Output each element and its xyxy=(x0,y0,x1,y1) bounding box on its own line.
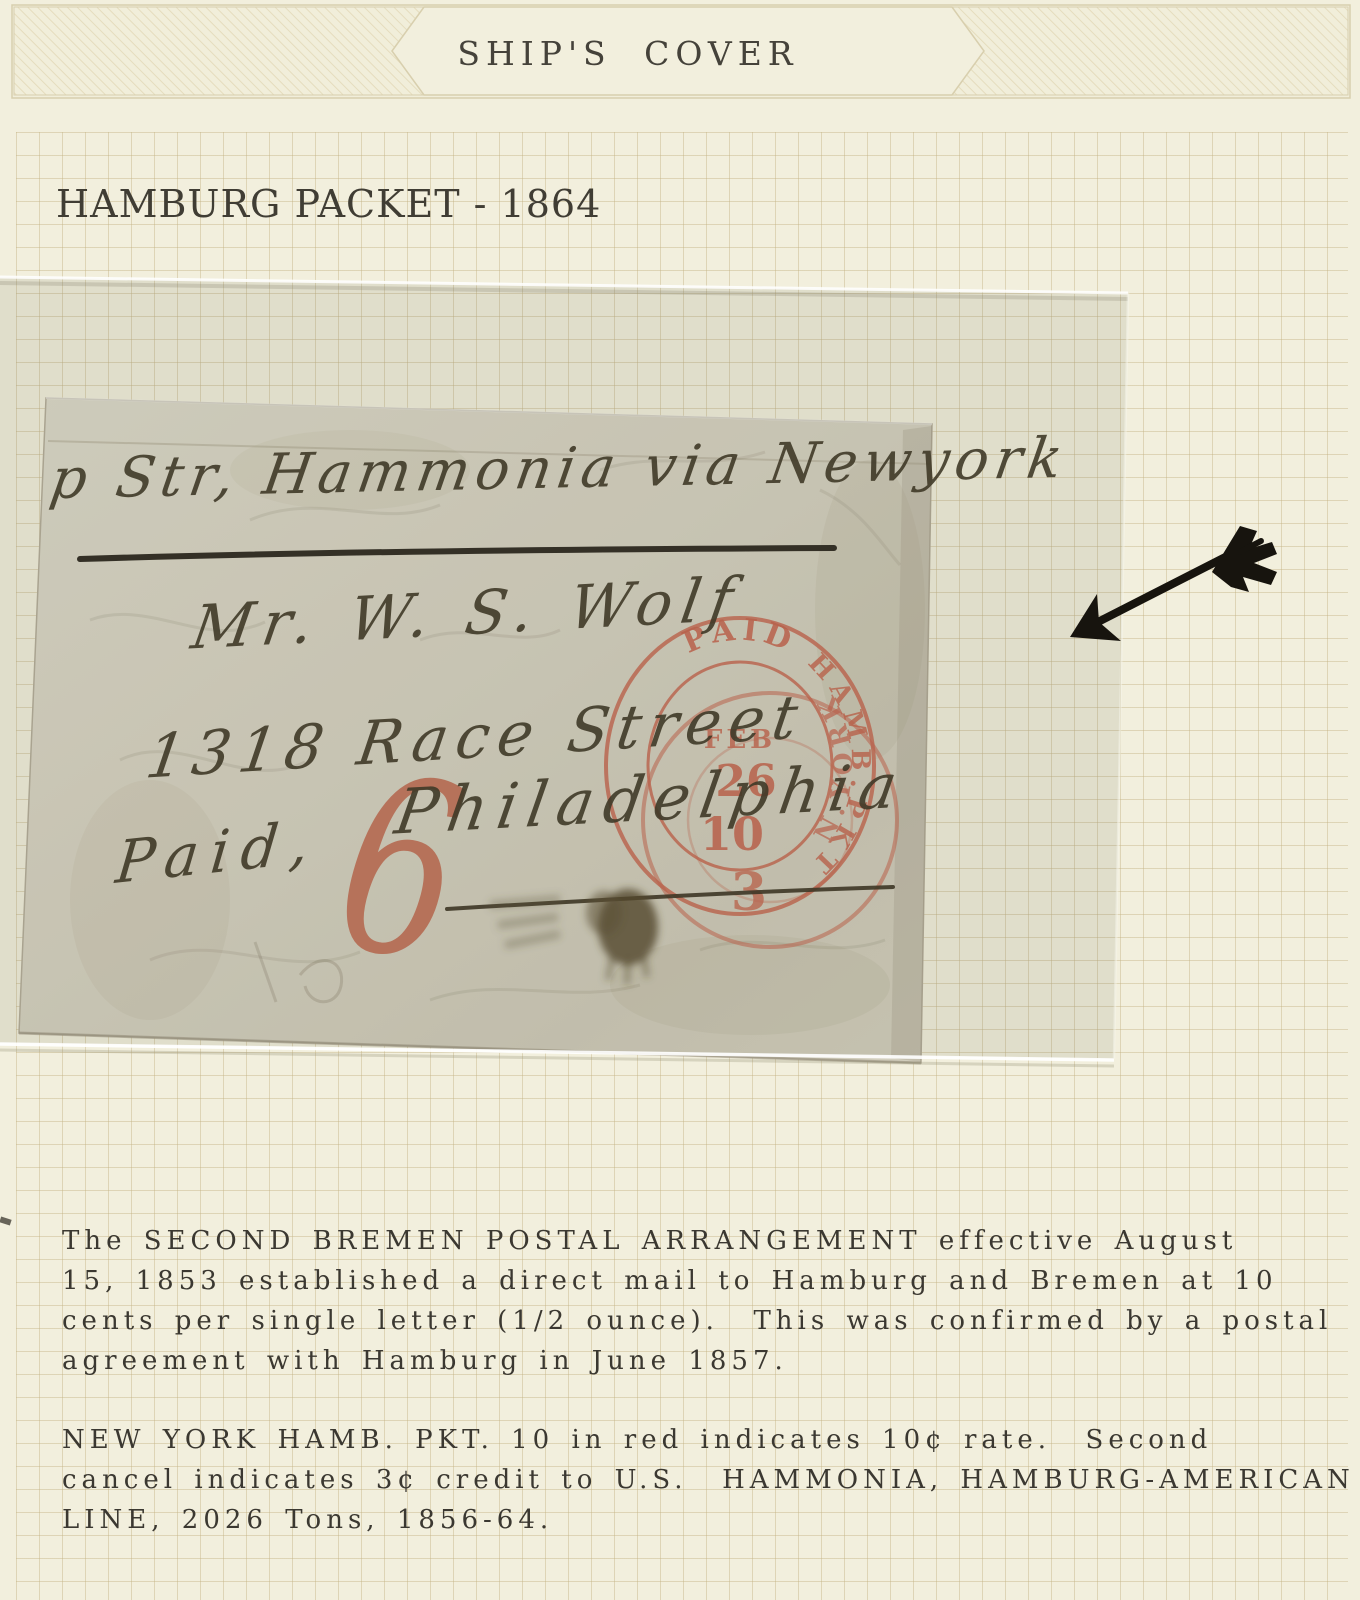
caption-line: The SECOND BREMEN POSTAL ARRANGEMENT eff… xyxy=(62,1221,1332,1261)
caption-line: cents per single letter (1/2 ounce). Thi… xyxy=(62,1301,1332,1341)
caption-line: 15, 1853 established a direct mail to Ha… xyxy=(62,1261,1332,1301)
caption-line: cancel indicates 3¢ credit to U.S. HAMMO… xyxy=(62,1460,1355,1500)
caption-paragraph-2: NEW YORK HAMB. PKT. 10 in red indicates … xyxy=(62,1420,1355,1540)
caption-line: agreement with Hamburg in June 1857. xyxy=(62,1341,1332,1381)
caption-paragraph-1: The SECOND BREMEN POSTAL ARRANGEMENT eff… xyxy=(62,1221,1332,1381)
caption-line: LINE, 2026 Tons, 1856-64. xyxy=(62,1500,1355,1540)
protective-sleeve xyxy=(0,277,1128,1059)
album-page: SHIP'S COVER HAMBURG PACKET - 1864 xyxy=(0,0,1360,1600)
caption-line: NEW YORK HAMB. PKT. 10 in red indicates … xyxy=(62,1420,1355,1460)
